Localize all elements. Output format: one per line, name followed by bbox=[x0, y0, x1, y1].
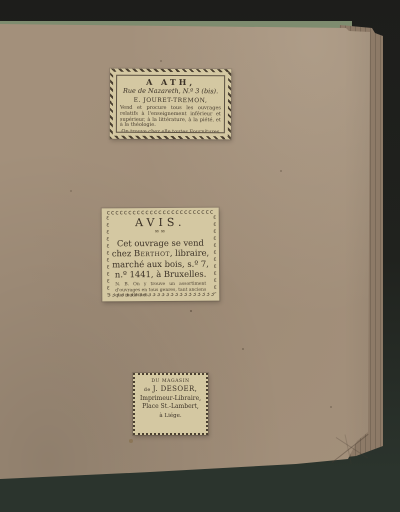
avis-line-2-post: , libraire, bbox=[170, 248, 209, 258]
ath-description: Vend et procure tous les ouvrages relati… bbox=[120, 106, 221, 130]
bookseller-label-ath: A ATH, Rue de Nazareth, N.º 3 (bis). E. … bbox=[110, 69, 231, 140]
avis-line-2: chez Berthot, libraire, bbox=[111, 248, 210, 259]
desoer-city: à Liége. bbox=[138, 412, 203, 420]
desoer-name: J. DESOER, bbox=[153, 385, 198, 393]
bookseller-label-desoer: DU MAGASIN de J. DESOER, Imprimeur-Libra… bbox=[133, 373, 208, 435]
desoer-profession: Imprimeur-Libraire, bbox=[138, 395, 203, 404]
avis-line-4: n.º 1441, à Bruxelles. bbox=[111, 268, 210, 279]
paper-specks bbox=[190, 310, 192, 312]
scanned-book-page: A ATH, Rue de Nazareth, N.º 3 (bis). E. … bbox=[0, 0, 400, 512]
bookseller-label-avis: cccccccccccccccccccccccccccccccccccccccc… bbox=[102, 208, 220, 302]
avis-seller-name: Berthot bbox=[134, 248, 170, 258]
avis-content: AVIS. ∞∞ Cet ouvrage se vend chez Bertho… bbox=[111, 216, 211, 294]
ath-inner-frame: A ATH, Rue de Nazareth, N.º 3 (bis). E. … bbox=[116, 75, 225, 134]
avis-line-3: marché aux bois, s.º 7, bbox=[111, 258, 210, 269]
avis-nota-bene: N. B. On y trouve un assortiment d'ouvra… bbox=[111, 282, 210, 300]
desoer-seller-name: de J. DESOER, bbox=[138, 385, 203, 395]
desoer-de: de bbox=[144, 387, 153, 393]
avis-body: Cet ouvrage se vend chez Berthot, librai… bbox=[111, 238, 210, 280]
ath-seller-name: E. JOURET-TREMON, bbox=[120, 96, 221, 104]
ornament-border-left: ɛɛɛɛɛɛɛɛɛɛɛɛɛɛɛɛɛɛɛɛɛɛɛɛ bbox=[104, 215, 111, 294]
ath-address: Rue de Nazareth, N.º 3 (bis). bbox=[120, 88, 221, 96]
chain-ornament-icon: ∞∞ bbox=[111, 229, 210, 236]
ath-city-title: A ATH, bbox=[120, 78, 221, 87]
avis-line-2-pre: chez bbox=[112, 249, 134, 259]
avis-line-1: Cet ouvrage se vend bbox=[111, 238, 210, 249]
ornament-border-right: ɛɛɛɛɛɛɛɛɛɛɛɛɛɛɛɛɛɛɛɛɛɛɛɛ bbox=[211, 215, 218, 294]
ath-footer-note: On trouve chez elle toutes Fournitures d… bbox=[120, 130, 221, 133]
desoer-address: Place St.-Lambert, bbox=[138, 403, 203, 412]
